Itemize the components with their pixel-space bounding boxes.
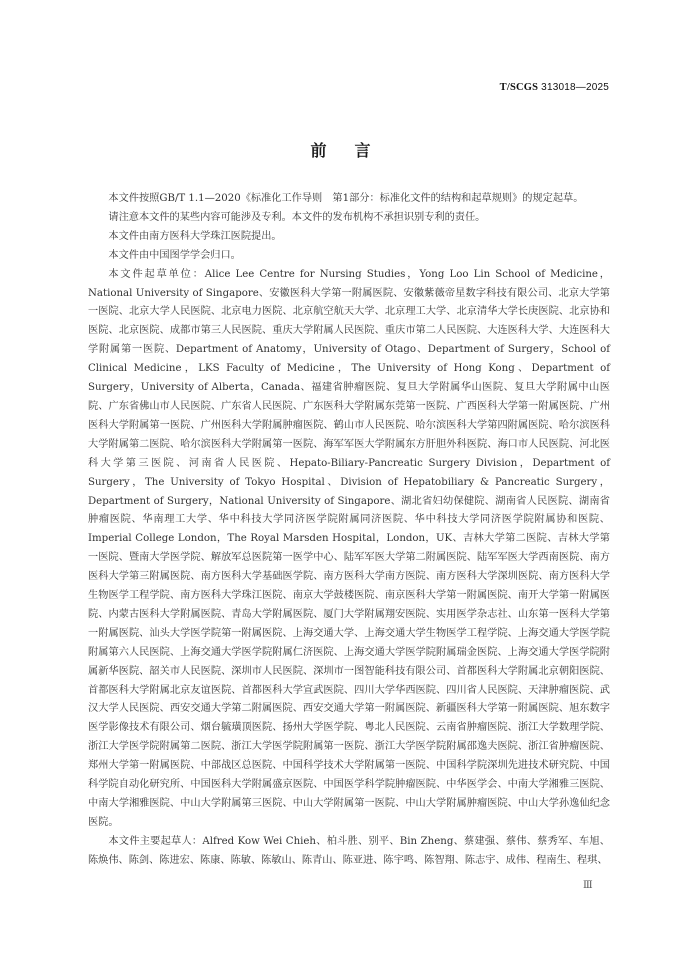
- standard-number: 313018—2025: [538, 82, 609, 93]
- paragraph-main-drafters: 本文件主要起草人：Alfred Kow Wei Chieh、柏斗胜、别平、Bin…: [88, 833, 610, 871]
- paragraph-drafting-units: 本文件起草单位：Alice Lee Centre for Nursing Stu…: [88, 266, 610, 833]
- standard-code-header: T/SCGS 313018—2025: [500, 82, 609, 93]
- paragraph-patent-notice: 请注意本文件的某些内容可能涉及专利。本文件的发布机构不承担识别专利的责任。: [88, 209, 610, 228]
- paragraph-proposer: 本文件由南方医科大学珠江医院提出。: [88, 228, 610, 247]
- paragraph-drafting-basis: 本文件按照GB/T 1.1—2020《标准化工作导则 第1部分：标准化文件的结构…: [88, 190, 610, 209]
- page-number: Ⅲ: [583, 880, 593, 891]
- paragraph-administrator: 本文件由中国图学学会归口。: [88, 247, 610, 266]
- standard-prefix: T/SCGS: [500, 82, 539, 93]
- foreword-body: 本文件按照GB/T 1.1—2020《标准化工作导则 第1部分：标准化文件的结构…: [88, 190, 610, 871]
- page-title: 前言: [0, 138, 681, 161]
